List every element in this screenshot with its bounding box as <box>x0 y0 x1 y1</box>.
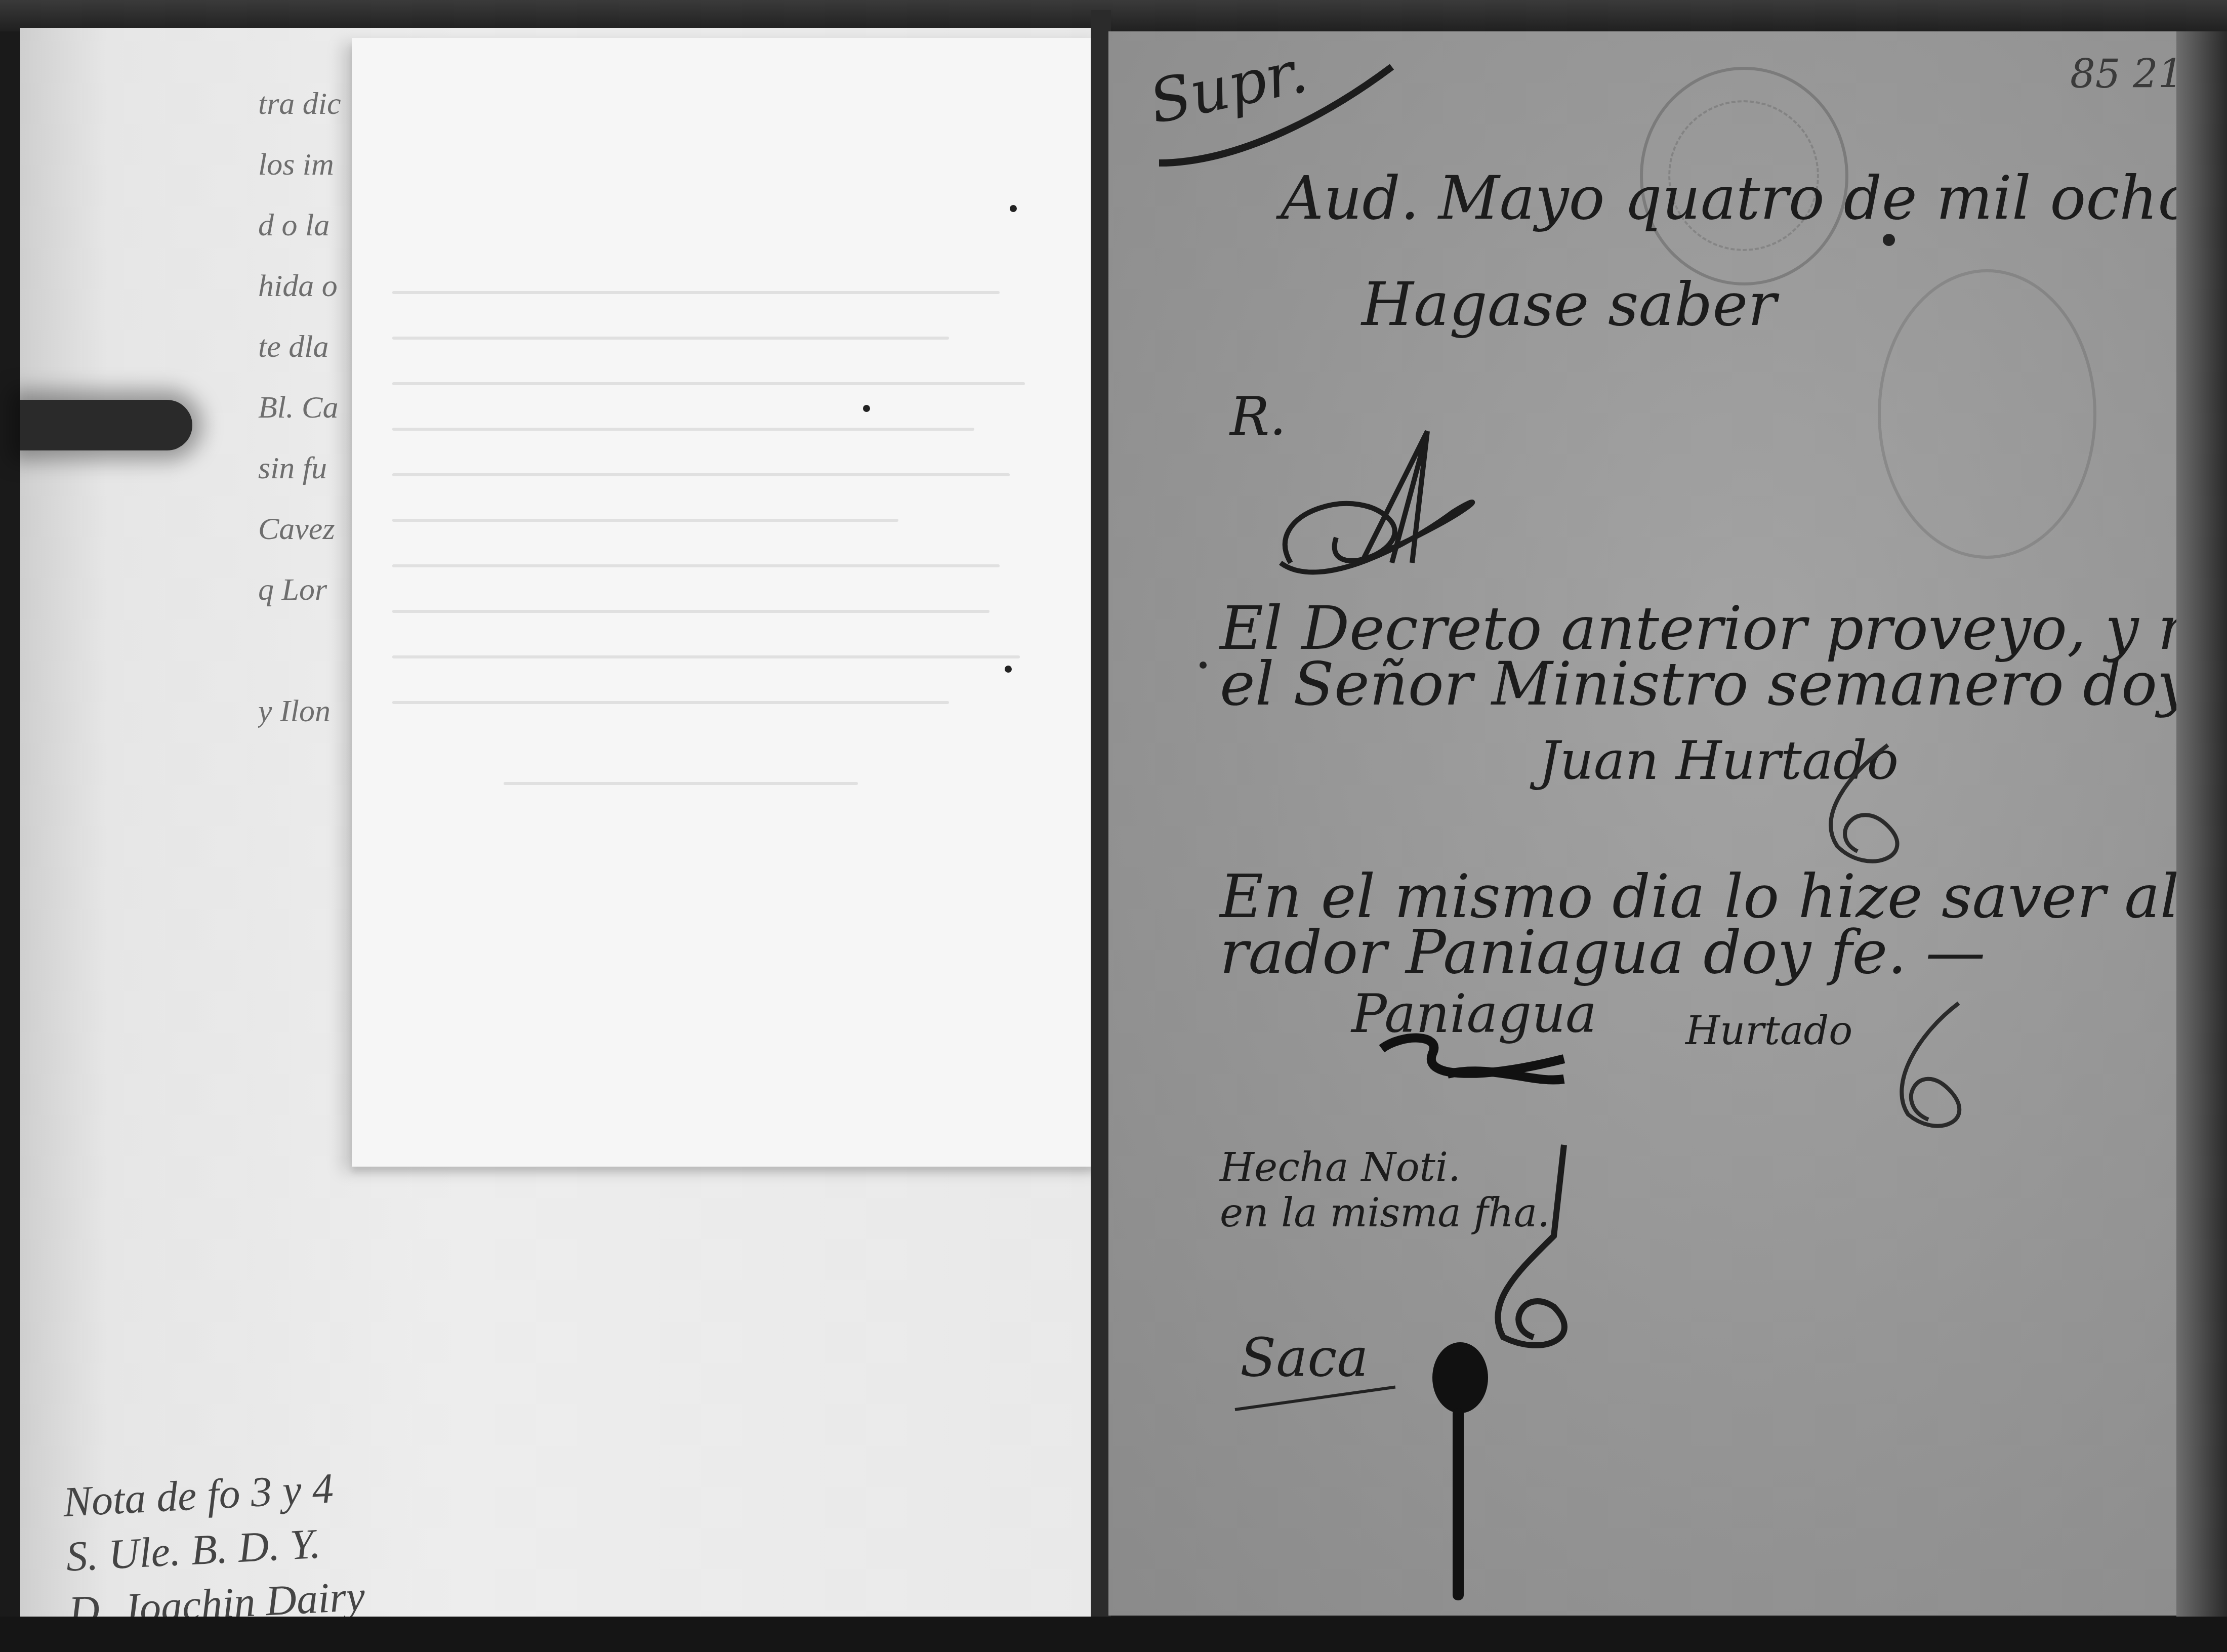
left-bottom-annotation: Nota de fo 3 y 4 S. Ule. B. D. Y. D. Joa… <box>62 1455 455 1639</box>
ink-spot <box>1883 234 1895 246</box>
rubric-icon <box>1260 411 1523 624</box>
ink-spot <box>1010 205 1017 212</box>
bleed-through-line <box>504 782 858 785</box>
bleed-through-line <box>392 382 1025 385</box>
scanner-top-edge <box>0 0 2227 31</box>
bleed-through-line <box>392 473 1010 476</box>
ink-blot <box>1432 1342 1488 1413</box>
inserted-sheet <box>352 38 1106 1167</box>
bleed-through-line <box>392 701 949 704</box>
bleed-through-line <box>392 564 1000 567</box>
rubric-icon <box>1372 1003 1584 1104</box>
saca-underline <box>1235 1385 1396 1411</box>
decree-hagase-saber: Hagase saber <box>1362 269 1777 339</box>
book-gutter <box>1091 10 1111 1630</box>
paragraph-1-line-2: el Señor Ministro semanero doy fe — <box>1220 649 2227 719</box>
ink-spot <box>863 405 870 412</box>
paragraph-2-line-2: rador Paniagua doy fe. — <box>1220 917 1985 987</box>
manuscript-spread: tra dic los im d o la hida o te dla Bl. … <box>0 0 2227 1652</box>
rubric-icon <box>1868 993 1999 1145</box>
bleed-through-line <box>392 519 898 522</box>
folio-number: 85 21 <box>2070 52 2183 97</box>
ink-spot <box>1005 666 1012 673</box>
bleed-through-line <box>392 655 1020 658</box>
saca-label: Saca <box>1240 1327 1369 1389</box>
date-line: Aud. Mayo quatro de mil ochocientos y on… <box>1281 163 2227 233</box>
signature-hurtado: Hurtado <box>1685 1008 1852 1054</box>
rubric-icon <box>1463 1135 1615 1388</box>
bleed-through-line <box>392 291 1000 294</box>
bleed-through-line <box>392 610 989 613</box>
right-page: 85 21 Supr. Aud. Mayo quatro de mil ocho… <box>1108 31 2176 1616</box>
bleed-through-line <box>392 337 949 340</box>
binding-tab <box>20 400 192 450</box>
bleed-through-line <box>392 428 974 431</box>
note-line-1: Hecha Noti. <box>1220 1145 1461 1190</box>
ink-drip-trail <box>1453 1408 1464 1600</box>
scanner-bottom-edge <box>0 1617 2227 1652</box>
scanner-right-edge <box>2176 31 2227 1626</box>
ink-spot <box>1200 662 1207 669</box>
faint-stamp-seal <box>1878 269 2096 559</box>
